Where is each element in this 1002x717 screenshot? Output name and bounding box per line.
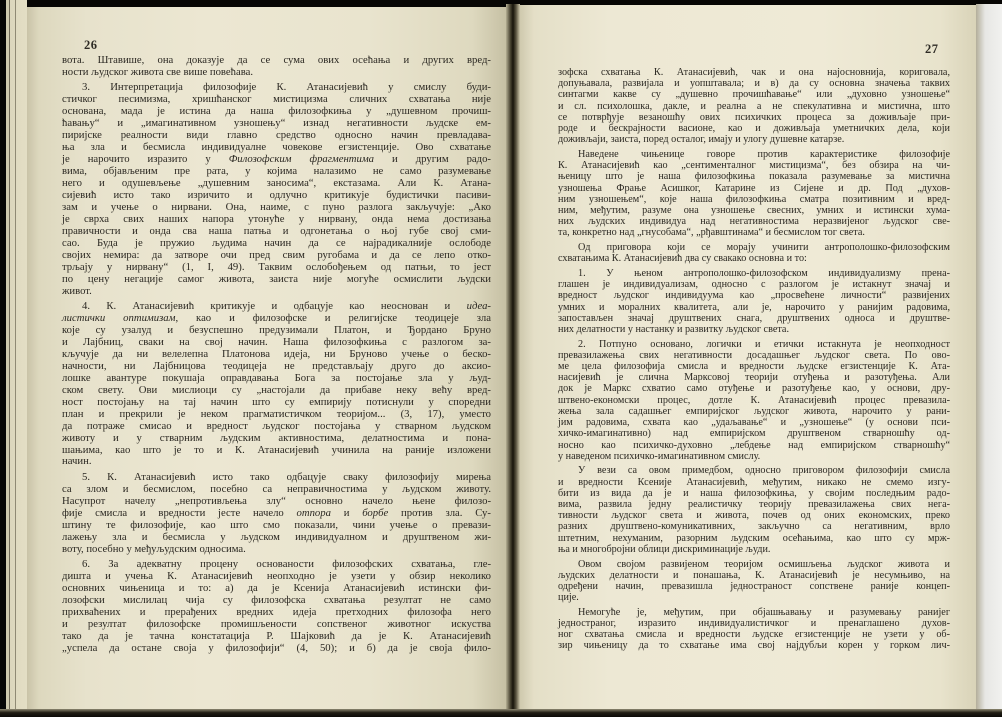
text-line: хичко-имагинативно) над емпиријском друш… (558, 428, 950, 439)
text-line: 1. У њеном антрополошко-филозофском инди… (558, 268, 950, 279)
text-line: јим радовима, схвата као „удаљавање“ и „… (558, 417, 950, 428)
text-line: них људских индивидуа над негативностима… (558, 216, 950, 227)
text-line: ним узношењем“, које наша филозофкиња см… (558, 194, 950, 205)
paragraph: У вези са овом примедбом, односно пригов… (558, 465, 950, 555)
paragraph: 2. Потпуно основано, логички и етички ис… (558, 339, 950, 462)
italic-text: листички оптимизам (62, 312, 175, 324)
text-line: по цену негације самог живота, заиста ни… (62, 274, 491, 286)
book-spine-gutter (506, 4, 520, 710)
text-line: бити из вида да је и наша филозофкиња, у… (558, 488, 950, 499)
text-line: ња и многобројни облици дискриминације љ… (558, 544, 950, 555)
paragraph: Немогуће је, међутим, при објашњавању и … (558, 607, 950, 652)
text-line: насијевић је слична Марксовој теорији от… (558, 372, 950, 383)
scan-right-edge (976, 4, 1002, 710)
page-text-right: зофска схватања К. Атанасијевић, чак и о… (558, 67, 950, 652)
text-line: и вредности Ксеније Атанасијевић, међути… (558, 477, 950, 488)
text-line: ме цела филозофија смисла и вредности љу… (558, 361, 950, 372)
text-line: тако да је тачна констатација Р. Шајкови… (62, 631, 491, 643)
text-line: роде и бескрајности васионе, као и дожив… (558, 123, 950, 134)
text-line: 2. Потпуно основано, логички и етички ис… (558, 339, 950, 350)
text-line: штетним, нехуманим, разорним људским осе… (558, 533, 950, 544)
paragraph: зофска схватања К. Атанасијевић, чак и о… (558, 67, 950, 145)
text-line: правичности и онда сва наша патња и одго… (62, 226, 491, 238)
text-line: ност постојању на тај начин што су емпир… (62, 397, 491, 409)
text-line: тивности људског света и живота, почев о… (558, 510, 950, 521)
text-line: штвено-економски процес, дотле К. Атанас… (558, 395, 950, 406)
text-line: и резултат филозофске промишљености сопс… (62, 619, 491, 631)
text-line: Наведене чињенице говоре против карактер… (558, 149, 950, 160)
text-line: својих немира: да затворе очи пред свим … (62, 250, 491, 262)
paragraph: вота. Штавише, она доказује да се сума о… (62, 55, 491, 79)
text-line: К. Атанасијевић као „сентименталног мист… (558, 160, 950, 171)
text-line: допуњавала, развијала и уопштавала; и в)… (558, 78, 950, 89)
text-line: њеницу што је наша филозофкиња показала … (558, 171, 950, 182)
italic-text: борбе (362, 507, 388, 519)
text-line: Немогуће је, међутим, при објашњавању и … (558, 607, 950, 618)
text-line: доживљаји, заиста, поред осталог, имају … (558, 134, 950, 145)
text-line: штину те филозофије, као што смо показал… (62, 520, 491, 532)
text-line: људских делатности и понашања, К. Атанас… (558, 570, 950, 581)
book-page-stack-edge (0, 0, 27, 717)
text-line: них делатности у настанку и развитку људ… (558, 324, 950, 335)
text-line: трљају у нирвану“ (1, I, 49). Таквим осл… (62, 262, 491, 274)
text-line: вима, развила једну реалистичку теорију … (558, 499, 950, 510)
book-scan: { "colors": { "paper": "#ece7d2", "ink":… (0, 0, 1002, 717)
text-line: синтагми какве су „душевно прочишћавање“… (558, 89, 950, 100)
text-line: шањима, као што је то и К. Атанасијевић … (62, 445, 491, 457)
text-line: лажењу зла и бесмисла у људском индивиду… (62, 532, 491, 544)
text-line: узношења Фрање Асишког, Катарине из Сије… (558, 183, 950, 194)
text-line: сао. Буда је пружио људима начин да се н… (62, 238, 491, 250)
text-line: Овом својом развијеном теоријом осмишљењ… (558, 559, 950, 570)
page-number-left: 26 (84, 38, 98, 53)
text-line: Од приговора који се морају учинити антр… (558, 242, 950, 253)
paragraph: 1. У њеном антрополошко-филозофском инди… (558, 268, 950, 335)
paragraph: Наведене чињенице говоре против карактер… (558, 149, 950, 239)
text-line: и сл. психолошка, дакле, и реална а не с… (558, 101, 950, 112)
paragraph: 3. Интерпретација филозофије К. Атанасиј… (62, 82, 491, 297)
text-line: лошке авантуре покушаја оправдавања Бога… (62, 373, 491, 385)
italic-text: идеа- (467, 300, 491, 312)
text-line: ности људског живота све више повећава. (62, 67, 491, 79)
text-line: ском свету. Ови мислиоци су „настојали д… (62, 385, 491, 397)
text-line: „успела да остане своја у филозофији“ (4… (62, 643, 491, 655)
text-line: разних друштвено-комуникативних, закључн… (558, 521, 950, 532)
text-line: У вези са овом примедбом, односно пригов… (558, 465, 950, 476)
text-line: Насупрот начелу „непротивљења злу“ основ… (62, 496, 491, 508)
page-text-left: вота. Штавише, она доказује да се сума о… (62, 55, 491, 655)
text-line: ције. (558, 592, 950, 603)
book-bottom-edge (0, 709, 1002, 717)
text-line: план и прекрили је неком прагматистичком… (62, 409, 491, 421)
paragraph: Од приговора који се морају учинити антр… (558, 242, 950, 264)
text-line: се потврђује везаношћу ових психичких пр… (558, 112, 950, 123)
text-line: зофска схватања К. Атанасијевић, чак и о… (558, 67, 950, 78)
text-line: једностраног, изразито индивидуалистичко… (558, 618, 950, 629)
italic-text: отпора (297, 507, 331, 519)
text-line: вредност људског индивидуума као „просве… (558, 290, 950, 301)
paragraph: Овом својом развијеном теоријом осмишљењ… (558, 559, 950, 604)
paragraph: 5. К. Атанасијевић исто тако одбацује св… (62, 472, 491, 556)
paragraph: 6. За адекватну процену основаности фило… (62, 559, 491, 655)
text-line: умних и моралних квалитета, али је, наро… (558, 302, 950, 313)
text-line: да потраже смисао и вредност људског пос… (62, 421, 491, 433)
text-line: воту, посебно у међуљудским односима. (62, 544, 491, 556)
text-line: у наведеном психичко-имагинативном смисл… (558, 451, 950, 462)
text-line: начин. (62, 456, 491, 468)
italic-text: Филозофским фрагментима (229, 153, 374, 165)
text-line: фије смисла и вредности јесте начело отп… (62, 508, 491, 520)
paragraph: 4. К. Атанасијевић критикује и одбацује … (62, 301, 491, 468)
page-number-right: 27 (925, 42, 939, 57)
text-line: схватањима К. Атанасијевић два су свакак… (558, 253, 950, 264)
text-line: та, конкретно над „гнусобама“, „рђавштин… (558, 227, 950, 238)
text-line: ног схватања смисла и вредности људске е… (558, 629, 950, 640)
text-line: живот. (62, 286, 491, 298)
text-line: начности, ни Лајбницова теодицеја не пре… (62, 361, 491, 373)
text-line: превазилажења свих негативности досадашњ… (558, 350, 950, 361)
text-line: одређени начин, превазишла једностраност… (558, 581, 950, 592)
text-line: глашен је индивидуализам, односно с разл… (558, 279, 950, 290)
text-line: животу и у стварним људским активностима… (62, 433, 491, 445)
text-line: носно као психичко-духовно „лебдење над … (558, 440, 950, 451)
text-line: жења зала садашњег емпиријског људског ж… (558, 406, 950, 417)
text-line: док је Маркс схватио само отуђење и разо… (558, 383, 950, 394)
text-line: запостављен значај друштвених снага, дру… (558, 313, 950, 324)
text-line: зир чињеницу да то схватање има свој нај… (558, 640, 950, 651)
text-line: ним, међутим, разуме она узношење свесни… (558, 205, 950, 216)
